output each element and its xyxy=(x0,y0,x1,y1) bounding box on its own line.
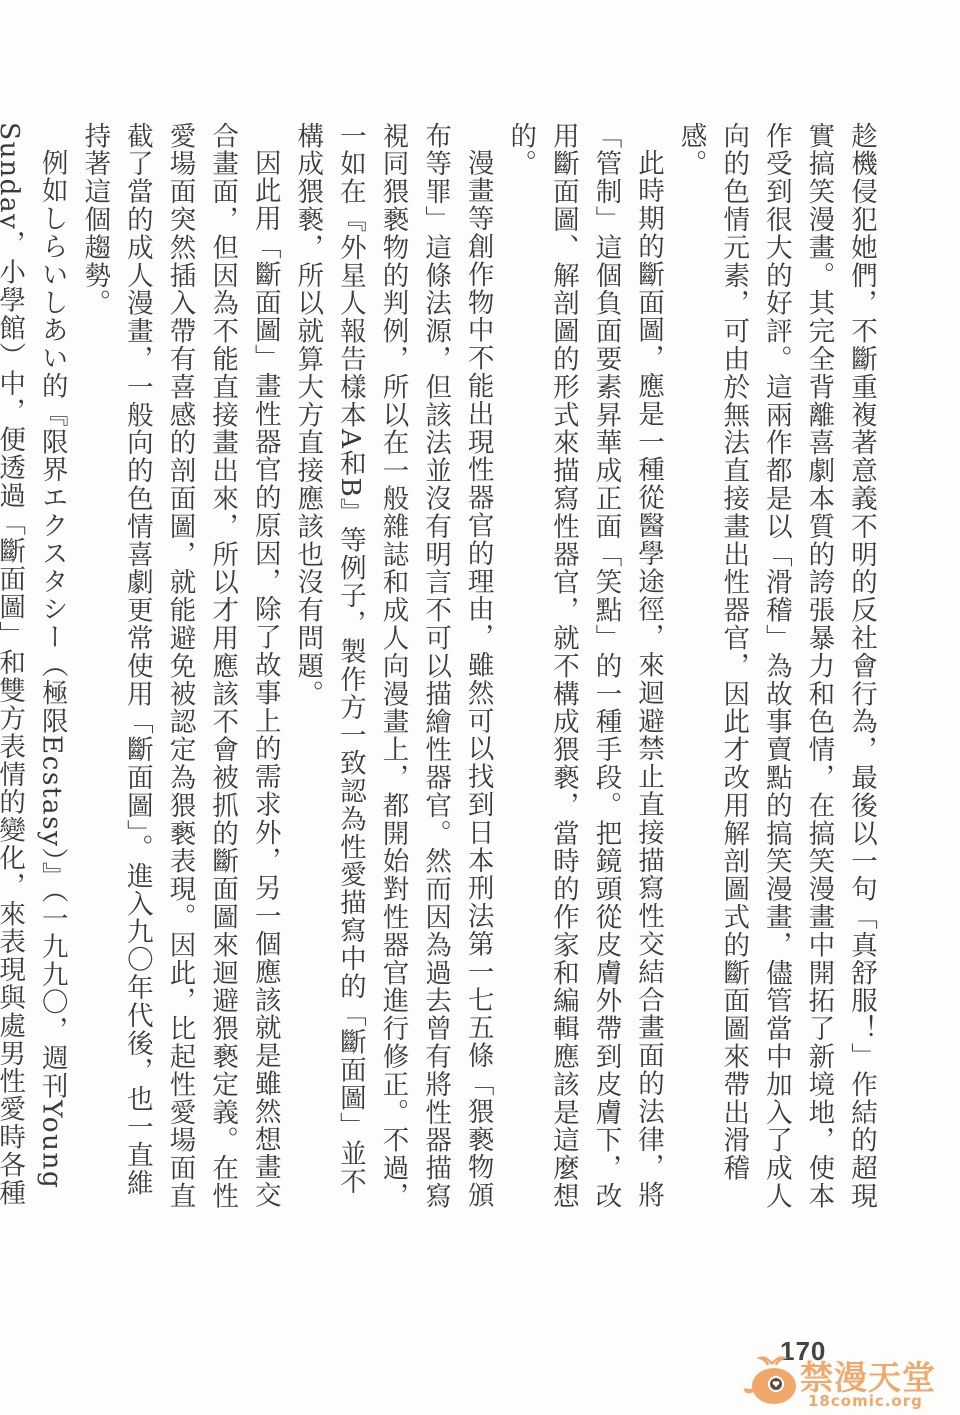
watermark-url: 18comic.org xyxy=(808,1392,923,1410)
paragraph-5: 例如しらいしあい的『限界エクスタシー（極限Ecstasy）』（一九九〇，週刊Yo… xyxy=(0,122,73,1222)
paragraph-4: 因此用「斷面圖」畫性器官的原因，除了故事上的需求外，另一個應該就是雖然想畫交合畫… xyxy=(73,122,286,1222)
whale-logo-icon xyxy=(742,1354,802,1408)
watermark: 禁漫天堂 18comic.org xyxy=(742,1350,952,1412)
paragraph-3: 漫畫等創作物中不能出現性器官的理由，雖然可以找到日本刑法第一七五條「猥褻物頒布等… xyxy=(286,122,499,1222)
paragraph-2: 此時期的斷面圖，應是一種從醫學途徑，來迴避禁止直接描寫性交結合畫面的法律，將「管… xyxy=(499,122,669,1222)
paragraph-1: 趁機侵犯她們，不斷重複著意義不明的反社會行為，最後以一句「真舒服！」作結的超現實… xyxy=(669,122,882,1222)
body-text: 趁機侵犯她們，不斷重複著意義不明的反社會行為，最後以一句「真舒服！」作結的超現實… xyxy=(0,122,882,1222)
